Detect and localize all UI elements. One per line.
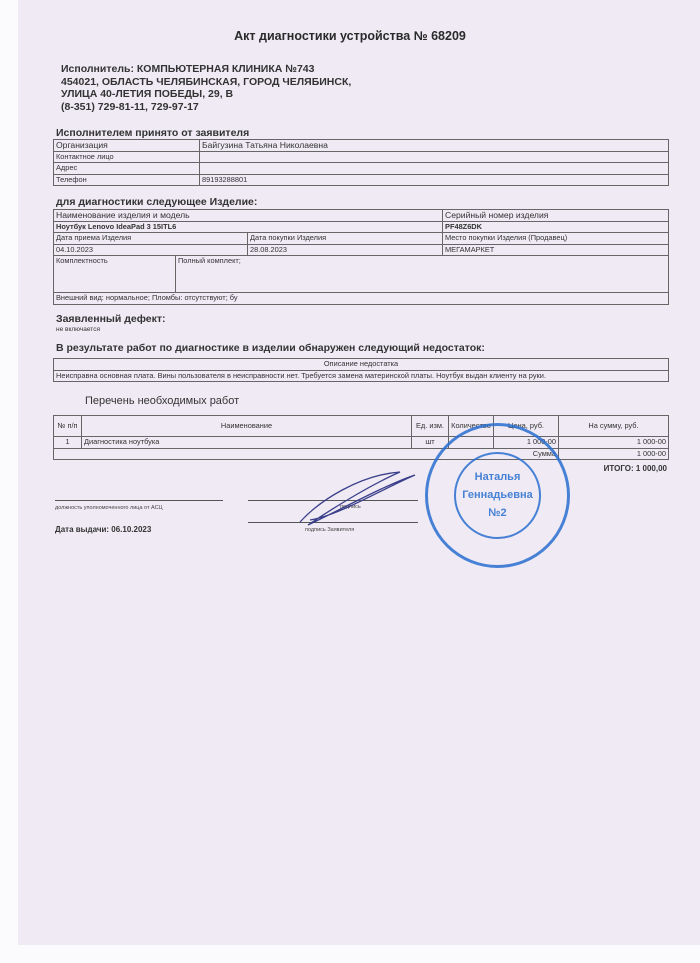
contact-label: Контактное лицо: [54, 151, 200, 163]
result-table: Описание недостатка Неисправна основная …: [53, 358, 669, 382]
subtotal-value: 1 000-00: [559, 448, 669, 460]
org-value: Байгузина Татьяна Николаевна: [200, 140, 669, 152]
serial-label: Серийный номер изделия: [443, 210, 669, 222]
works-heading: Перечень необходимых работ: [85, 395, 239, 407]
row-name: Диагностика ноутбука: [82, 437, 412, 449]
subtotal-row: Сумма 1 000-00: [54, 448, 669, 460]
device-heading: для диагностики следующее Изделие:: [56, 196, 257, 208]
official-stamp: Наталья Геннадьевна №2: [425, 423, 570, 568]
phone-label: Телефон: [54, 174, 200, 186]
device-name-label: Наименование изделия и модель: [54, 210, 443, 222]
kit-label: Комплектность: [54, 256, 176, 293]
defect-description-value: Неисправна основная плата. Вины пользова…: [54, 370, 669, 382]
client-heading: Исполнителем принято от заявителя: [56, 127, 249, 139]
position-line: [55, 500, 223, 501]
purchase-date-value: 28.08.2023: [248, 244, 443, 256]
declared-defect-value: не включается: [56, 326, 100, 333]
executor-phones: (8-351) 729-81-11, 729-97-17: [61, 101, 351, 114]
result-heading: В результате работ по диагностике в изде…: [56, 342, 485, 354]
table-row: Телефон89193288801: [54, 174, 669, 186]
document-title: Акт диагностики устройства № 68209: [0, 29, 700, 43]
row-sum: 1 000-00: [559, 437, 669, 449]
serial-value: PF48Z6DK: [443, 221, 669, 233]
purchase-date-label: Дата покупки Изделия: [248, 233, 443, 245]
table-row: Ноутбук Lenovo IdeaPad 3 15ITL6 PF48Z6DK: [54, 221, 669, 233]
device-table: Наименование изделия и модель Серийный н…: [53, 209, 669, 305]
executor-address-2: УЛИЦА 40-ЛЕТИЯ ПОБЕДЫ, 29, В: [61, 88, 351, 101]
contact-value: [200, 151, 669, 163]
stamp-number: №2: [428, 507, 567, 519]
address-label: Адрес: [54, 163, 200, 175]
issue-date: Дата выдачи: 06.10.2023: [55, 525, 151, 534]
executor-name: Исполнитель: КОМПЬЮТЕРНАЯ КЛИНИКА №743: [61, 63, 351, 76]
defect-description-header: Описание недостатка: [54, 359, 669, 371]
stamp-name-2: Геннадьевна: [428, 489, 567, 501]
address-value: [200, 163, 669, 175]
position-label: должность уполномоченного лица от АСЦ: [55, 505, 163, 511]
row-number: 1: [54, 437, 82, 449]
accept-date-label: Дата приема Изделия: [54, 233, 248, 245]
table-row: Комплектность Полный комплект;: [54, 256, 669, 293]
table-row: Описание недостатка: [54, 359, 669, 371]
table-row: 1 Диагностика ноутбука шт 1 000-00 1 000…: [54, 437, 669, 449]
device-name-value: Ноутбук Lenovo IdeaPad 3 15ITL6: [54, 221, 443, 233]
kit-value: Полный комплект;: [176, 256, 669, 293]
handwritten-signature-icon: [290, 470, 420, 530]
table-row: Дата приема Изделия Дата покупки Изделия…: [54, 233, 669, 245]
seller-value: МЕГАМАРКЕТ: [443, 244, 669, 256]
executor-block: Исполнитель: КОМПЬЮТЕРНАЯ КЛИНИКА №743 4…: [61, 63, 351, 114]
table-row: Контактное лицо: [54, 151, 669, 163]
stamp-name-1: Наталья: [428, 471, 567, 483]
seller-label: Место покупки Изделия (Продавец): [443, 233, 669, 245]
accept-date-value: 04.10.2023: [54, 244, 248, 256]
client-table: ОрганизацияБайгузина Татьяна Николаевна …: [53, 139, 669, 186]
col-unit: Ед. изм.: [412, 416, 449, 437]
phone-value: 89193288801: [200, 174, 669, 186]
table-row: ОрганизацияБайгузина Татьяна Николаевна: [54, 140, 669, 152]
col-number: № п/п: [54, 416, 82, 437]
table-row: Адрес: [54, 163, 669, 175]
table-header-row: № п/п Наименование Ед. изм. Количество Ц…: [54, 416, 669, 437]
declared-defect-heading: Заявленный дефект:: [56, 313, 166, 325]
works-table: № п/п Наименование Ед. изм. Количество Ц…: [53, 415, 669, 460]
table-row: Неисправна основная плата. Вины пользова…: [54, 370, 669, 382]
col-sum: На сумму, руб.: [559, 416, 669, 437]
appearance-value: Внешний вид: нормальное; Пломбы: отсутст…: [54, 293, 669, 305]
org-label: Организация: [54, 140, 200, 152]
table-row: Внешний вид: нормальное; Пломбы: отсутст…: [54, 293, 669, 305]
col-name: Наименование: [82, 416, 412, 437]
table-row: Наименование изделия и модель Серийный н…: [54, 210, 669, 222]
total-value: ИТОГО: 1 000,00: [560, 464, 667, 473]
table-row: 04.10.2023 28.08.2023 МЕГАМАРКЕТ: [54, 244, 669, 256]
executor-address-1: 454021, ОБЛАСТЬ ЧЕЛЯБИНСКАЯ, ГОРОД ЧЕЛЯБ…: [61, 76, 351, 89]
